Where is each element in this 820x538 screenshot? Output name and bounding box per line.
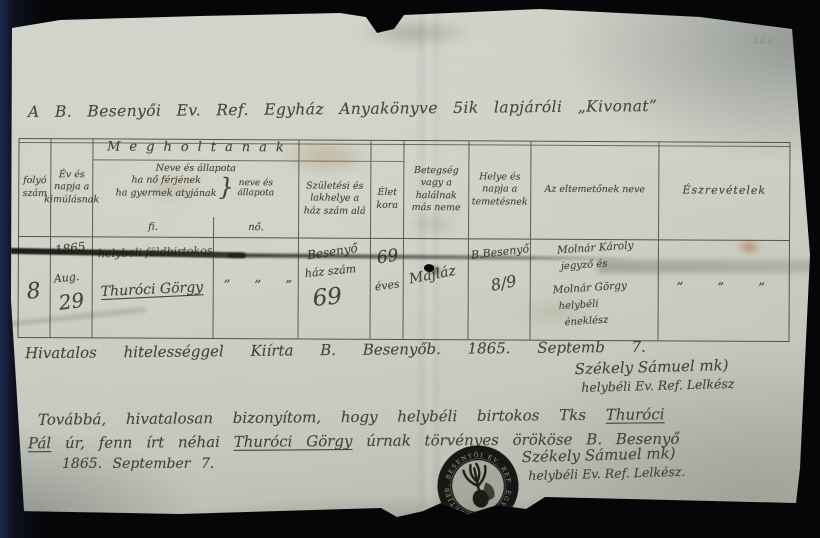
column-eltemeto: Az eltemetőnek neve Molnár Károly jegyző… — [530, 142, 659, 341]
attestation-line: Hivatalos hitelességgel Kiírta B. Beseny… — [25, 338, 646, 363]
church-seal: B. BESENYŐI EV. REF. EGYHÁZ PECSÉTJE — [428, 436, 528, 536]
col-header-fi: fi. — [93, 216, 214, 237]
header-neve-right: neve és állapota — [236, 178, 276, 198]
header-fi-no: fi. nő. — [93, 216, 298, 237]
header-megholtanak: Megholtanak — [93, 139, 298, 161]
column-elet-kora: Élet kora 69 éves — [370, 141, 404, 339]
value-pap5: éneklész — [564, 315, 608, 329]
document-title: A B. Besenyői Ev. Ref. Egyház Anyakönyve… — [28, 97, 657, 121]
header-neve-line1: Neve és állapota — [93, 162, 298, 174]
paragraph-text: Továbbá, hivatalosan bizonyítom, hogy he… — [38, 406, 586, 429]
value-pap1: Molnár Károly — [557, 240, 634, 257]
col-header-szuletesi: Születési és lakhelye a ház szám alá — [299, 140, 371, 238]
signature-title: helybéli Ev. Ref. Lelkész — [581, 376, 734, 395]
photo-background: 584 A B. Besenyői Ev. Ref. Egyház Anyakö… — [0, 0, 820, 538]
cell-eltemeto: Molnár Károly jegyző és Molnár Görgy hel… — [530, 240, 658, 341]
signature-block-2: Székely Sámuel mk) helybéli Ev. Ref. Lel… — [522, 444, 686, 483]
header-neve-cond-list: ha nő férjének ha gyermek atyjának — [116, 174, 217, 200]
column-temetes: Helye és napja a temetésnek B.Besenyő 8/… — [468, 141, 531, 339]
value-lakhely1: Besenyő — [306, 241, 358, 263]
certificate-paragraph-line1: Továbbá, hivatalosan bizonyítom, hogy he… — [38, 405, 665, 428]
top-tear-shadow — [355, 18, 475, 48]
certificate-date-line: 1865. September 7. — [62, 456, 214, 472]
col-header-no: nő. — [214, 217, 298, 237]
column-betegseg: Betegség vagy a halálnak más neme Májláz — [403, 141, 469, 339]
value-eszrevetel: „ „ „ — [677, 272, 766, 287]
signature-title: helybéli Ev. Ref. Lelkész. — [528, 464, 685, 483]
value-nap: 29 — [57, 288, 85, 315]
column-eszrevetelek: Észrevételek „ „ „ — [658, 142, 789, 341]
cell-temetes: B.Besenyő 8/9 — [468, 239, 530, 339]
signature-name: Székely Sámuel mk) — [575, 356, 735, 378]
header-neve-conditions: ha nő férjének ha gyermek atyjának } nev… — [93, 174, 298, 201]
signature-name: Székely Sámuel mk) — [522, 444, 686, 466]
paragraph-text: úr, fenn írt néhai — [65, 433, 220, 452]
col-header-eltemeto: Az eltemetőnek neve — [531, 142, 659, 241]
paragraph-name-underlined: Thuróci — [606, 405, 665, 424]
value-kor-egyseg: éves — [374, 277, 400, 293]
fold-crease — [598, 260, 813, 273]
brace-glyph: } — [218, 177, 233, 199]
value-lakhely2: ház szám — [304, 262, 356, 280]
header-neve-cond2: ha gyermek atyjának — [116, 187, 217, 200]
col-header-betegseg: Betegség vagy a halálnak más neme — [404, 141, 469, 239]
paragraph-name-underlined: Thuróci Görgy — [234, 432, 353, 451]
col-header-temetes: Helye és napja a temetésnek — [469, 141, 531, 239]
value-pap3: Molnár Görgy — [552, 280, 627, 297]
cell-eszrevetelek: „ „ „ — [658, 240, 789, 341]
header-neve-cond1: ha nő férjének — [116, 174, 217, 187]
header-neve: Neve és állapota ha nő férjének ha gyerm… — [93, 160, 298, 217]
value-sorszam: 8 — [26, 278, 42, 304]
column-neve-allapota: Megholtanak Neve és állapota ha nő férjé… — [92, 139, 299, 338]
value-megholt-nev: Thuróci Görgy — [100, 279, 203, 300]
col-header-elet-kora: Élet kora — [371, 141, 404, 239]
column-szuletesi: Születési és lakhelye a ház szám alá Bes… — [298, 140, 371, 338]
signature-block-1: Székely Sámuel mk) helybéli Ev. Ref. Lel… — [575, 356, 735, 395]
header-neve-group: Megholtanak Neve és állapota ha nő férjé… — [93, 139, 299, 238]
value-temetes-nap: 8/9 — [489, 271, 518, 295]
value-pap4: helybéli — [558, 299, 599, 313]
value-honap: Aug. — [53, 270, 80, 285]
col-header-eszrevetelek: Észrevételek — [659, 142, 790, 241]
value-hazszam: 69 — [311, 283, 343, 312]
paragraph-name-underlined: Pál — [28, 434, 51, 452]
column-ev-napja: Év és napja a kimúlásnak 1865 Aug. 29 — [50, 139, 93, 337]
col-header-ev-napja: Év és napja a kimúlásnak — [51, 139, 93, 237]
paper-sheet: 584 A B. Besenyői Ev. Ref. Egyház Anyakö… — [0, 0, 820, 538]
corner-number: 584 — [751, 35, 774, 49]
value-no-ditto: „ „ „ — [224, 270, 293, 285]
